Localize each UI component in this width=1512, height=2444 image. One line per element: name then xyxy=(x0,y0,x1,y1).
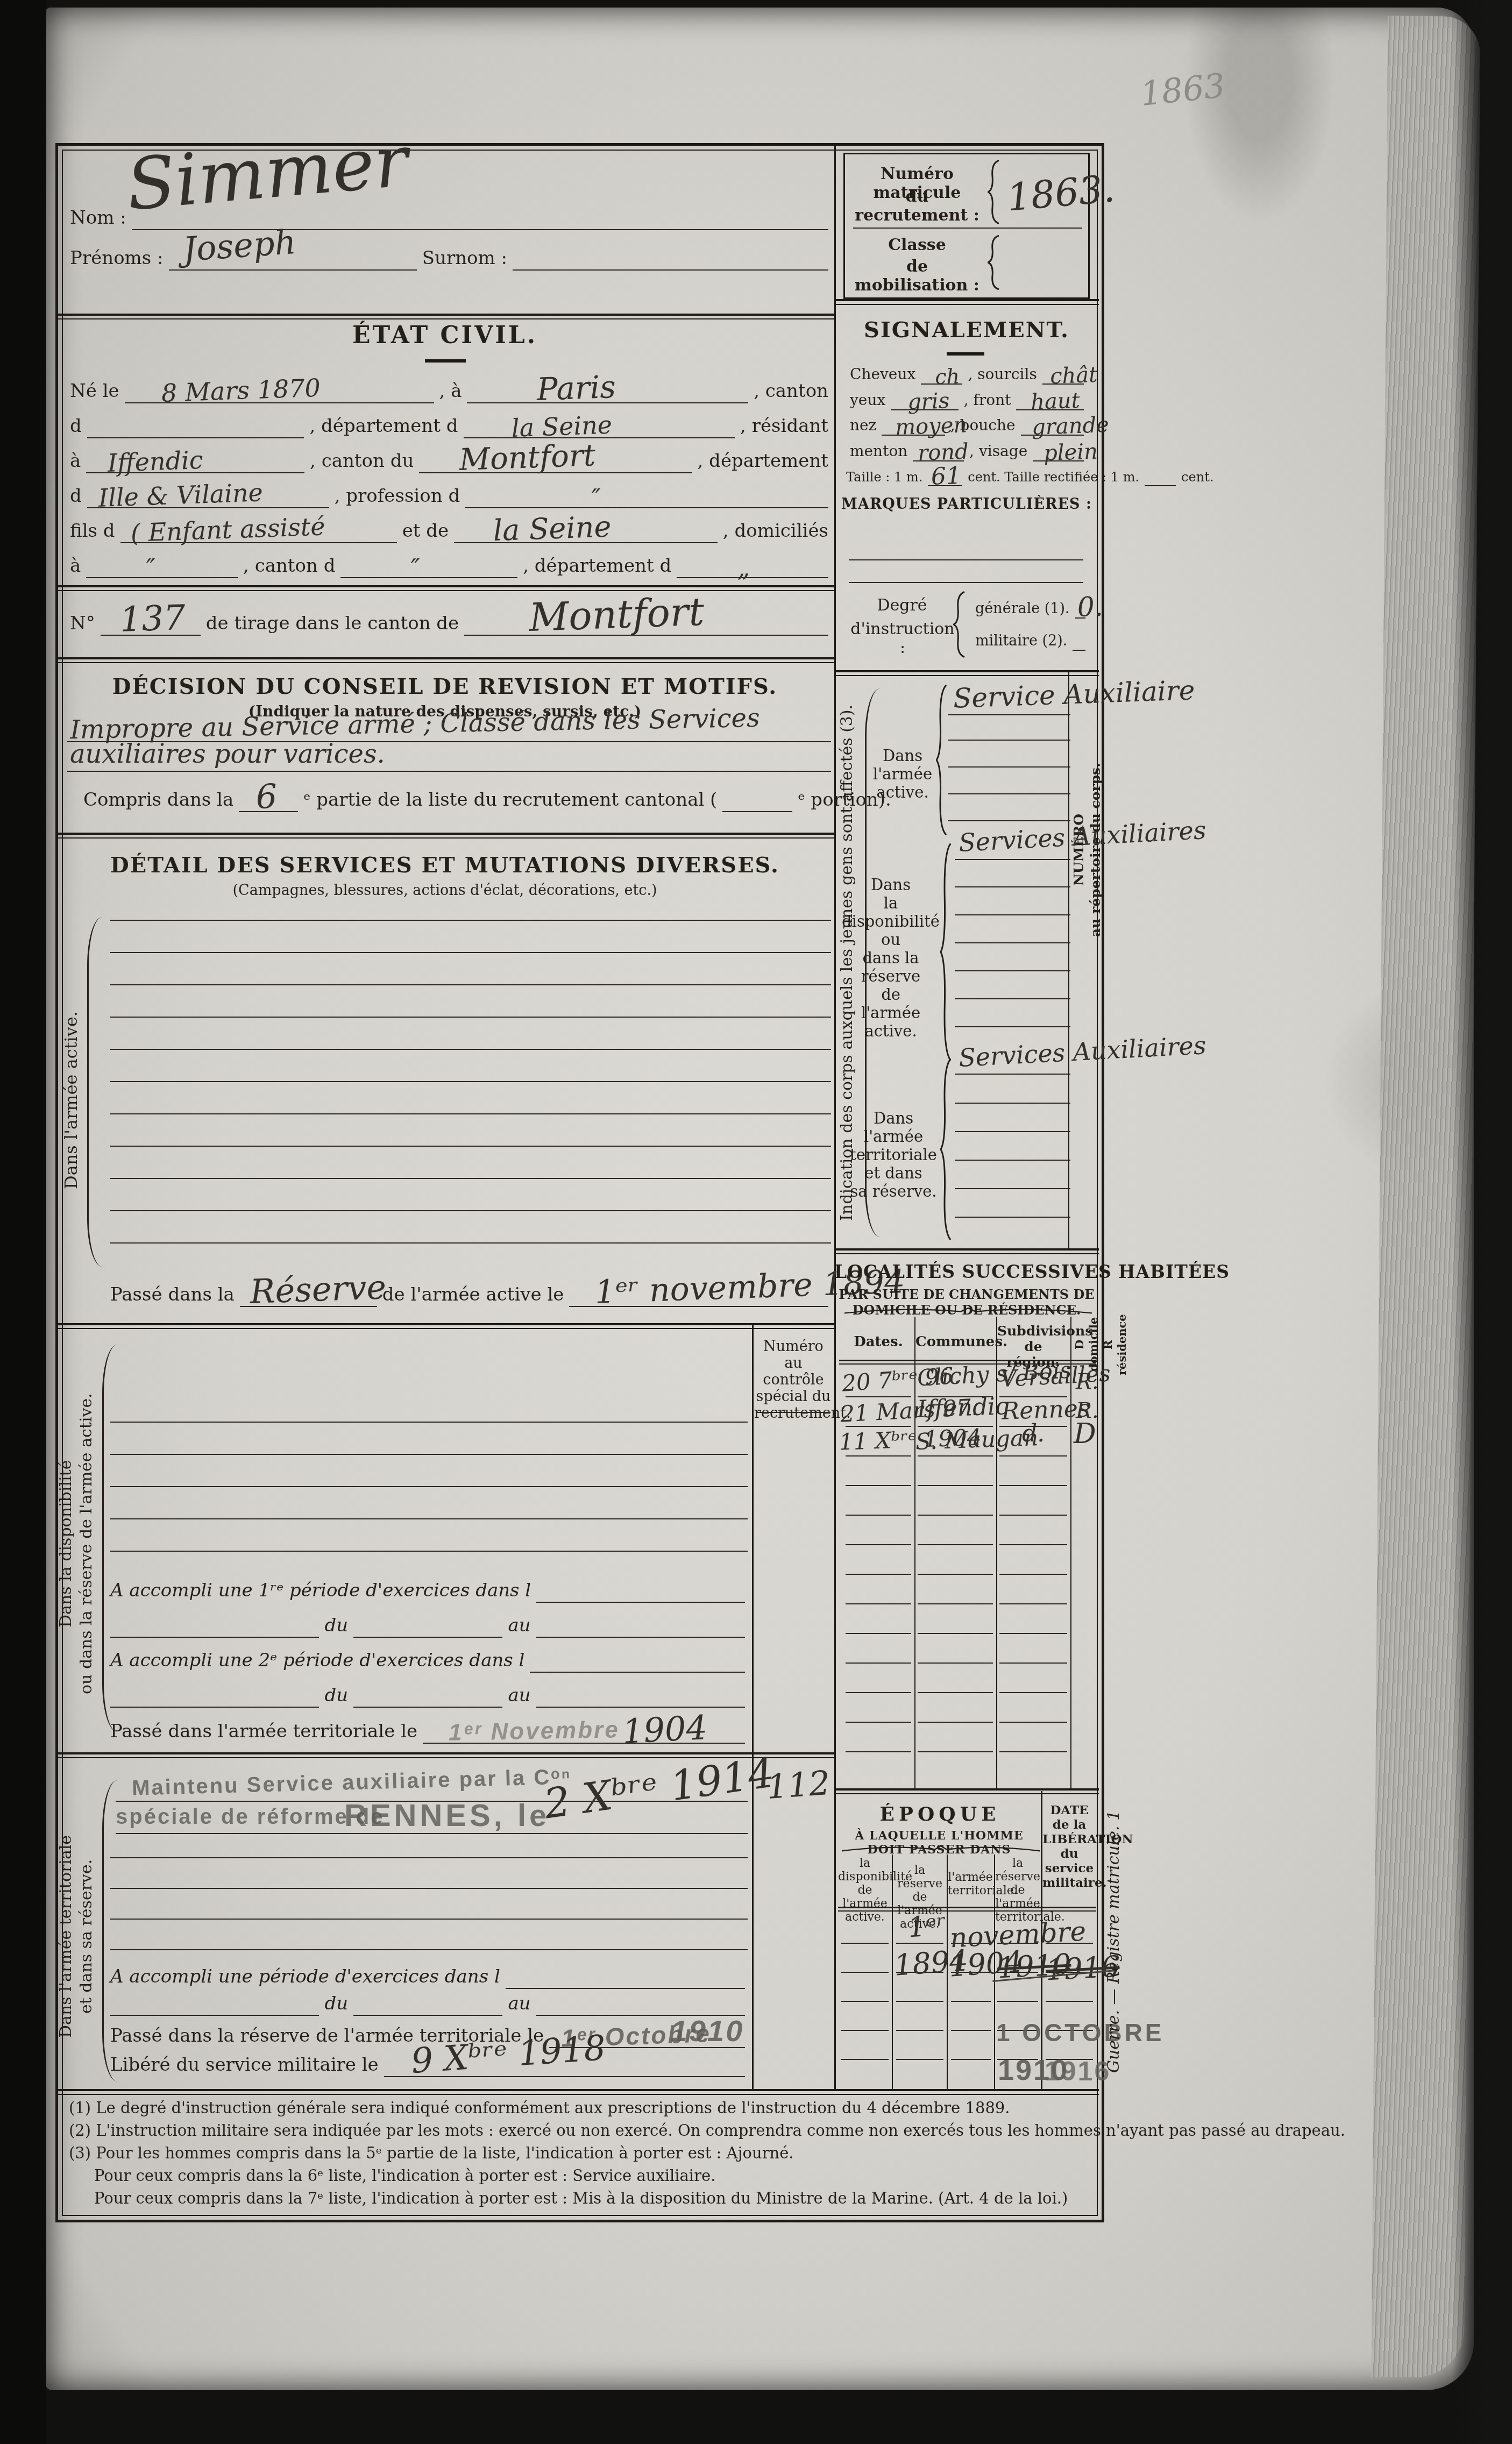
epoque-col3-header: l'armée territoriale. xyxy=(948,1871,993,1898)
departement4-line: „ xyxy=(677,574,828,578)
d2-label: d xyxy=(67,485,84,508)
exercices-2-dates-row: du au xyxy=(108,1681,748,1708)
libere-line: 9 Xᵇʳᵉ 1918 xyxy=(384,2073,745,2077)
taille-row: Taille : 1 m. 61 cent. Taille rectifiée … xyxy=(843,464,1091,486)
decision-text-2: auxiliaires pour varices. xyxy=(70,739,385,769)
localites-row-commune: S. Maugan xyxy=(915,1424,1039,1455)
line xyxy=(955,859,1070,860)
degre-label-1: Degré xyxy=(856,596,948,615)
du-label: du xyxy=(322,1993,351,2016)
departement3-line: Ille & Vilaine xyxy=(87,504,329,508)
compris-label: Compris dans la xyxy=(81,789,236,812)
localites-row-commune: Iffendic xyxy=(917,1392,1009,1423)
services-title: DÉTAIL DES SERVICES ET MUTATIONS DIVERSE… xyxy=(55,852,834,878)
ne-le-line: 8 Mars 1870 xyxy=(125,399,434,403)
etat-civil-title: ÉTAT CIVIL. xyxy=(55,322,834,349)
departement-line: la Seine xyxy=(464,434,735,438)
domicilies-label: , domiciliés xyxy=(720,520,831,543)
taille-line: 61 xyxy=(928,482,962,486)
decision-line-2 xyxy=(67,771,831,772)
exercices-2-row: A accompli une 2ᵉ période d'exercices da… xyxy=(108,1646,748,1673)
rule xyxy=(834,299,1099,305)
epoque-title: ÉPOQUE xyxy=(839,1803,1041,1825)
rule xyxy=(55,833,834,839)
epoque-divider-1 xyxy=(892,1855,893,2089)
a2-label: à xyxy=(67,450,83,473)
exercices-2-line xyxy=(530,1668,745,1673)
passe-territoriale-label: Passé dans l'armée territoriale le xyxy=(108,1721,420,1744)
title-dash xyxy=(947,352,984,356)
domicile-line: ″ xyxy=(86,574,238,578)
tirage-label: de tirage dans le canton de xyxy=(203,613,462,636)
line xyxy=(116,1833,748,1834)
etat-civil-row-5: fils d ( Enfant assisté et de la Seine ,… xyxy=(67,510,831,543)
portion-line xyxy=(722,808,792,812)
menton-line: rond xyxy=(913,457,964,461)
canton2-value: Montfort xyxy=(459,438,596,478)
localites-title: LOCALITÉS SUCCESSIVES HABITÉES xyxy=(834,1261,1099,1282)
departement3-value: Ille & Vilaine xyxy=(98,478,264,513)
taille-rectifiee-label: cent. Taille rectifiée : 1 m. xyxy=(965,470,1142,486)
departement-label: , département d xyxy=(307,415,460,438)
tirage-canton-value: Montfort xyxy=(528,589,705,640)
title-dash xyxy=(425,359,466,363)
line xyxy=(110,2012,319,2016)
ruled-lines xyxy=(955,886,1070,1054)
departement4-value: „ xyxy=(736,553,750,582)
brace-arc xyxy=(87,917,104,1267)
rule xyxy=(55,2089,1099,2095)
generale-line: 0. xyxy=(1075,614,1085,619)
scan-shadow-right xyxy=(1452,0,1512,2444)
taille-rectifiee-line xyxy=(1145,482,1176,486)
marques-label: MARQUES PARTICULIÈRES : xyxy=(834,496,1099,513)
rule xyxy=(55,314,834,319)
exercices-1-label: A accompli une 1ʳᵉ période d'exercices d… xyxy=(108,1580,534,1603)
cheveux-label: Cheveux xyxy=(847,365,918,385)
libere-label: Libéré du service militaire le xyxy=(108,2054,381,2077)
annee-1904-value: 1904 xyxy=(622,1708,708,1751)
line xyxy=(948,714,1070,715)
corps-dispo-label: Dans la disponibilité ou dans la réserve… xyxy=(837,876,945,1040)
ruled-lines xyxy=(999,1396,1067,1781)
du-label: du xyxy=(322,1685,351,1708)
departement-value: la Seine xyxy=(511,410,613,443)
generale-value: 0. xyxy=(1076,591,1103,623)
localites-row-dr: R. xyxy=(1076,1369,1099,1394)
passe-label: Passé dans la xyxy=(108,1284,237,1307)
controle-numero-value: 112 xyxy=(765,1763,832,1807)
exercices-1-line xyxy=(536,1598,745,1603)
cent-label: cent. xyxy=(1179,470,1216,486)
canton-label: , canton xyxy=(751,380,831,403)
footnote-2: (2) L'instruction militaire sera indiqué… xyxy=(69,2121,1345,2140)
ne-le-label: Né le xyxy=(67,380,122,403)
epoque-1er: 1ᵉʳ xyxy=(907,1909,947,1944)
pere-value: ( Enfant assisté xyxy=(130,511,325,548)
line xyxy=(110,1703,319,1708)
au-label: au xyxy=(505,1685,533,1708)
rule xyxy=(834,1248,1099,1254)
profession-value: ″ xyxy=(591,483,601,513)
localites-row-subdiv: d. xyxy=(1022,1420,1045,1447)
controle-column-divider xyxy=(752,1323,754,2089)
passe-value: Réserve xyxy=(250,1267,387,1311)
menton-label: menton xyxy=(847,442,910,461)
col-communes-header: Communes. xyxy=(915,1334,995,1350)
matricule-label-2: du recrutement : xyxy=(850,187,984,225)
d-label: d xyxy=(67,415,84,438)
controle-header: Numéro au contrôle spécial du recrutemen… xyxy=(754,1338,833,1422)
a3-label: à xyxy=(67,555,83,578)
compris-row: Compris dans la 6 ᵉ partie de la liste d… xyxy=(81,781,780,812)
services-subtitle: (Campagnes, blessures, actions d'éclat, … xyxy=(55,882,834,899)
line xyxy=(353,1703,502,1708)
nez-row: nez moyen , bouche grande xyxy=(847,408,1087,436)
militaire-line xyxy=(1073,646,1085,651)
nez-label: nez xyxy=(847,416,879,436)
scanned-military-register-page: { "scan": { "pencil_note": "1863", "spin… xyxy=(0,0,1512,2444)
etat-civil-row-3: à Iffendic , canton du Montfort , départ… xyxy=(67,440,831,473)
classe-label-1: Classe xyxy=(850,236,984,254)
au-label: au xyxy=(505,1615,533,1638)
canton-line xyxy=(87,434,304,438)
line xyxy=(353,1633,502,1638)
visage-value: plein xyxy=(1043,439,1098,466)
visage-label: , visage xyxy=(967,442,1030,461)
numero-label: N° xyxy=(67,613,98,636)
classe-label-2: de mobilisation : xyxy=(850,257,984,295)
prenoms-value: Joseph xyxy=(182,222,297,269)
exercices-terr-row: A accompli une période d'exercices dans … xyxy=(108,1962,748,1989)
prenoms-label: Prénoms : xyxy=(67,247,166,271)
ornament-brace xyxy=(842,1844,1040,1852)
residence-line: Iffendic xyxy=(86,469,304,473)
compris-label-2: ᵉ partie de la liste du recrutement cant… xyxy=(301,789,720,812)
line xyxy=(536,1633,745,1638)
au-label: au xyxy=(505,1993,533,2016)
passe-date-line: 1ᵉʳ novembre 1894 xyxy=(569,1303,828,1307)
matricule-divider xyxy=(853,228,1082,229)
surnom-line xyxy=(513,266,828,271)
sourcils-label: , sourcils xyxy=(965,365,1039,385)
mere-value: la Seine xyxy=(492,509,612,548)
ruled-lines xyxy=(841,1943,889,2088)
services-side-label: Dans l'armée active. xyxy=(60,939,83,1261)
footnote-4: Pour ceux compris dans la 6ᵉ liste, l'in… xyxy=(94,2166,715,2185)
rule xyxy=(55,585,834,591)
ruled-lines xyxy=(110,1857,748,1980)
passe-territoriale-row: Passé dans l'armée territoriale le 1ᵉʳ N… xyxy=(108,1710,748,1744)
passe-territoriale-line: 1ᵉʳ Novembre 1904 xyxy=(423,1739,745,1744)
canton2-line: Montfort xyxy=(419,469,692,473)
passe-line: Réserve xyxy=(240,1303,377,1307)
residant-label: , résidant xyxy=(737,415,831,438)
corps-terr-label: Dans l'armée territoriale et dans sa rés… xyxy=(842,1109,945,1200)
brace-icon xyxy=(940,839,952,1065)
profession-label: , profession d xyxy=(332,485,463,508)
passe-reserve-row: Passé dans la Réserve de l'armée active … xyxy=(108,1270,831,1307)
birthplace-value: Paris xyxy=(536,368,616,408)
profession-line: ″ xyxy=(465,504,828,508)
line xyxy=(536,1703,745,1708)
epoque-1916-stamp: 1916 xyxy=(1045,2056,1111,2087)
taille-value: 61 xyxy=(931,462,962,491)
surnom-label: Surnom : xyxy=(420,247,510,271)
compris-value: 6 xyxy=(255,777,278,816)
dispo-side-label: Dans la disponibilité ou dans la réserve… xyxy=(56,1355,101,1732)
et-de-label: et de xyxy=(400,520,451,543)
libere-row: Libéré du service militaire le 9 Xᵇʳᵉ 19… xyxy=(108,2047,748,2077)
etat-civil-row-1: Né le 8 Mars 1870 , à Paris , canton xyxy=(67,370,831,403)
etat-civil-row-6: à ″ , canton d ″ , département d „ xyxy=(67,545,831,578)
header-rule xyxy=(838,1907,1096,1912)
exercices-1-dates-row: du au xyxy=(108,1611,748,1638)
footnote-3: (3) Pour les hommes compris dans la 5ᵉ p… xyxy=(69,2144,794,2162)
main-column-divider xyxy=(834,143,836,2090)
tirage-value: 137 xyxy=(119,598,186,640)
epoque-date-header: DATE de la LIBÉRATION du service militai… xyxy=(1042,1803,1096,1890)
etat-civil-row-2: d , département d la Seine , résidant xyxy=(67,405,831,438)
exercices-terr-label: A accompli une période d'exercices dans … xyxy=(108,1966,503,1989)
pere-line: ( Enfant assisté xyxy=(120,539,397,543)
etat-civil-row-4: d Ille & Vilaine , profession d ″ xyxy=(67,475,831,508)
canton-du-label: , canton du xyxy=(307,450,416,473)
passe-label-2: de l'armée active le xyxy=(380,1284,567,1307)
line xyxy=(353,2012,502,2016)
residence-value: Iffendic xyxy=(107,445,203,478)
brace-icon xyxy=(953,591,966,658)
exercices-terr-line xyxy=(506,1985,745,1989)
canton3-line: ″ xyxy=(340,574,517,578)
a-label: , à xyxy=(437,380,465,403)
du-label: du xyxy=(322,1615,351,1638)
canton3-label: , canton d xyxy=(240,555,338,578)
decision-title: DÉCISION DU CONSEIL DE REVISION ET MOTIF… xyxy=(55,674,834,699)
visage-line: plein xyxy=(1033,457,1084,461)
rennes-stamp: RENNES, le xyxy=(344,1798,550,1834)
brace-icon xyxy=(988,235,1000,290)
epoque-octobre-stamp: 1 OCTOBRE xyxy=(996,2018,1165,2047)
exercices-1-row: A accompli une 1ʳᵉ période d'exercices d… xyxy=(108,1576,748,1603)
instruction-generale-row: générale (1). 0. xyxy=(972,596,1088,619)
birthdate-value: 8 Mars 1870 xyxy=(161,373,321,408)
line xyxy=(955,1074,1070,1075)
spine-caption: Guerre. — Registre matricule. 1 xyxy=(1104,1780,1131,2103)
taille-label: Taille : 1 m. xyxy=(843,470,925,486)
brace-icon xyxy=(936,682,948,838)
ruled-lines xyxy=(110,920,831,1275)
localites-divider-2 xyxy=(996,1317,997,1788)
annee-1910-stamp: 1910 xyxy=(671,2013,744,2048)
domicile-value: ″ xyxy=(146,553,156,582)
departement4-label: , département d xyxy=(520,555,674,578)
territoriale-side-label: Dans l'armée territoriale et dans sa rés… xyxy=(56,1796,101,2076)
nom-label: Nom : xyxy=(67,207,129,230)
mere-line: la Seine xyxy=(454,539,718,543)
rule xyxy=(55,1323,834,1329)
ornament-brace xyxy=(844,1306,1092,1315)
generale-label: générale (1). xyxy=(972,600,1073,619)
exercices-2-label: A accompli une 2ᵉ période d'exercices da… xyxy=(108,1650,527,1673)
rule xyxy=(55,657,834,663)
localites-row-dr: D xyxy=(1074,1418,1096,1450)
militaire-label: militaire (2). xyxy=(972,633,1070,651)
departement2-label: , département xyxy=(695,450,832,473)
fils-label: fils d xyxy=(67,520,118,543)
menton-row: menton rond , visage plein xyxy=(847,434,1087,461)
yeux-row: yeux gris , front haut xyxy=(847,382,1087,410)
footnote-5: Pour ceux compris dans la 7ᵉ liste, l'in… xyxy=(94,2189,1068,2207)
epoque-col4-header: la réserve de l'armée territoriale. xyxy=(995,1857,1040,1924)
epoque-subtitle: À LAQUELLE L'HOMME DOIT PASSER DANS xyxy=(837,1829,1041,1857)
canton3-value: ″ xyxy=(410,553,421,582)
corps-active-label: Dans l'armée active. xyxy=(870,747,935,801)
rule xyxy=(834,1788,1099,1794)
menton-value: rond xyxy=(917,439,969,466)
novembre-stamp: 1ᵉʳ Novembre xyxy=(449,1716,620,1746)
prenoms-row: Prénoms : Surnom : xyxy=(67,247,831,271)
exercices-terr-dates-row: du au xyxy=(108,1991,748,2016)
matricule-value: 1863. xyxy=(1005,166,1117,219)
degre-label-2: d'instruction : xyxy=(849,620,956,657)
brace-icon xyxy=(988,159,1000,225)
line xyxy=(110,1633,319,1638)
cheveux-row: Cheveux ch , sourcils chât xyxy=(847,357,1087,385)
scan-black-margin xyxy=(0,0,46,2444)
signalement-title: SIGNALEMENT. xyxy=(834,317,1099,343)
ruled-lines xyxy=(955,1103,1070,1245)
footnote-1: (1) Le degré d'instruction générale sera… xyxy=(69,2099,1010,2117)
col-dates-header: Dates. xyxy=(843,1334,913,1350)
instruction-militaire-row: militaire (2). xyxy=(972,628,1088,651)
birthplace-line: Paris xyxy=(467,399,748,403)
tirage-line: 137 xyxy=(101,631,201,636)
tirage-row: N° 137 de tirage dans le canton de Montf… xyxy=(67,598,831,636)
rule xyxy=(834,670,1099,676)
tirage-canton-line: Montfort xyxy=(464,631,828,636)
epoque-col1-header: la disponibilité de l'armée active. xyxy=(838,1857,892,1924)
compris-line: 6 xyxy=(239,808,298,812)
controle-header-rule xyxy=(756,1412,830,1413)
brace-icon xyxy=(940,1055,952,1244)
ruled-lines xyxy=(110,1422,748,1583)
